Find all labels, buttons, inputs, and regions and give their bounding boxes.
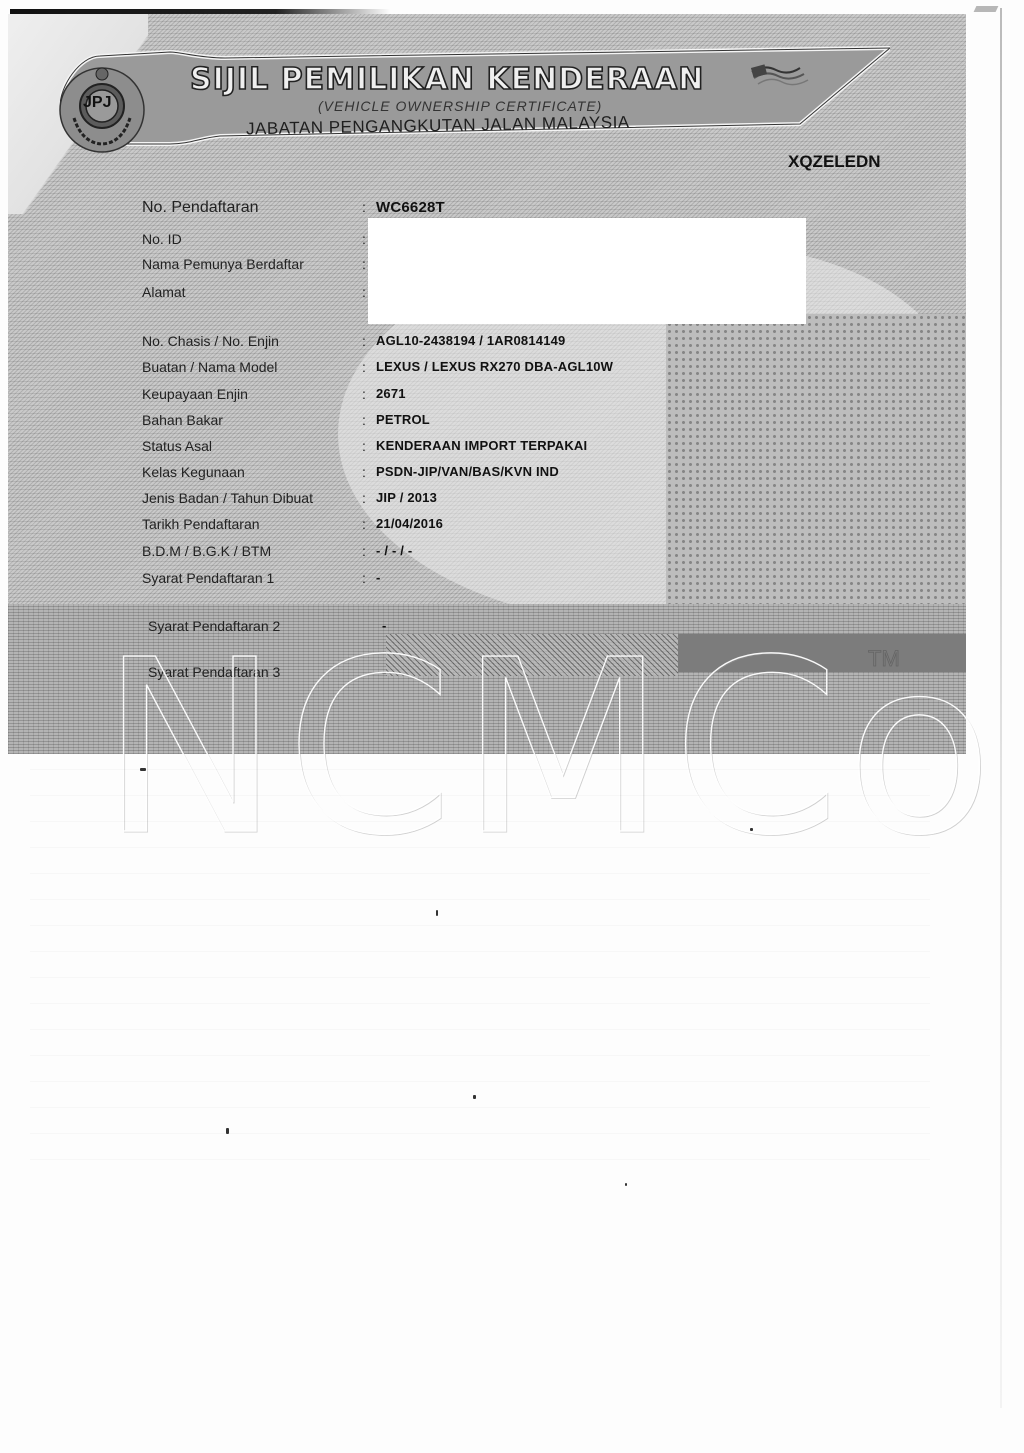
field-value: PETROL xyxy=(376,412,430,427)
field-value: - / - / - xyxy=(376,543,412,558)
field-colon: : xyxy=(362,543,366,559)
emblem-text: JPJ xyxy=(83,94,111,112)
field-condition-1: Syarat Pendaftaran 1 : - xyxy=(0,570,900,594)
field-value: WC6628T xyxy=(376,199,445,216)
scan-speck xyxy=(226,1128,229,1134)
field-colon: : xyxy=(362,438,366,454)
field-label: Jenis Badan / Tahun Dibuat xyxy=(142,490,313,506)
field-label: Kelas Kegunaan xyxy=(142,464,245,480)
serial-code: XQZELEDN xyxy=(788,152,881,172)
scan-right-edge xyxy=(1000,8,1002,1408)
field-value: 2671 xyxy=(376,386,406,401)
certificate-subtitle: (VEHICLE OWNERSHIP CERTIFICATE) xyxy=(318,98,602,114)
scan-speck xyxy=(473,1095,476,1099)
field-body-year: Jenis Badan / Tahun Dibuat : JIP / 2013 xyxy=(0,490,900,514)
redacted-owner-details xyxy=(368,218,806,324)
field-value: - xyxy=(376,570,381,585)
field-label: Nama Pemunya Berdaftar xyxy=(142,256,304,272)
field-origin-status: Status Asal : KENDERAAN IMPORT TERPAKAI xyxy=(0,438,900,462)
field-colon: : xyxy=(362,386,366,402)
field-colon: : xyxy=(362,284,366,300)
field-chassis-engine: No. Chasis / No. Enjin : AGL10-2438194 /… xyxy=(0,333,900,357)
field-value: JIP / 2013 xyxy=(376,490,437,505)
field-label: Buatan / Nama Model xyxy=(142,359,277,375)
field-colon: : xyxy=(362,256,366,272)
field-colon: : xyxy=(362,333,366,349)
scan-corner-mark xyxy=(974,6,999,12)
field-label: Status Asal xyxy=(142,438,212,454)
watermark-trademark: TM xyxy=(868,646,900,672)
field-usage-class: Kelas Kegunaan : PSDN-JIP/VAN/BAS/KVN IN… xyxy=(0,464,900,488)
scan-speck xyxy=(750,828,753,831)
field-colon: : xyxy=(362,412,366,428)
field-registration-date: Tarikh Pendaftaran : 21/04/2016 xyxy=(0,516,900,540)
field-label: No. ID xyxy=(142,231,182,247)
field-colon: : xyxy=(362,490,366,506)
field-colon: : xyxy=(362,359,366,375)
field-colon: : xyxy=(362,570,366,586)
faint-scan-lines xyxy=(30,760,930,1160)
scan-speck xyxy=(436,910,438,916)
field-colon: : xyxy=(362,516,366,532)
field-value: 21/04/2016 xyxy=(376,516,443,531)
field-label: Alamat xyxy=(142,284,186,300)
field-make-model: Buatan / Nama Model : LEXUS / LEXUS RX27… xyxy=(0,359,900,383)
field-value: LEXUS / LEXUS RX270 DBA-AGL10W xyxy=(376,359,613,374)
field-value: KENDERAAN IMPORT TERPAKAI xyxy=(376,438,587,453)
scan-speck xyxy=(140,768,146,771)
field-label: No. Pendaftaran xyxy=(142,199,259,217)
malaysia-flag-icon xyxy=(750,62,810,93)
scan-speck xyxy=(625,1183,627,1186)
field-fuel-type: Bahan Bakar : PETROL xyxy=(0,412,900,436)
field-colon: : xyxy=(362,231,366,247)
field-colon: : xyxy=(362,464,366,480)
field-label: Syarat Pendaftaran 1 xyxy=(142,570,274,586)
field-colon: : xyxy=(362,199,366,215)
field-engine-capacity: Keupayaan Enjin : 2671 xyxy=(0,386,900,410)
field-label: No. Chasis / No. Enjin xyxy=(142,333,279,349)
field-label: B.D.M / B.G.K / BTM xyxy=(142,543,271,559)
field-weights: B.D.M / B.G.K / BTM : - / - / - xyxy=(0,543,900,567)
field-label: Keupayaan Enjin xyxy=(142,386,248,402)
field-value: AGL10-2438194 / 1AR0814149 xyxy=(376,333,566,348)
certificate-title: SIJIL PEMILIKAN KENDERAAN xyxy=(190,62,704,97)
field-value: PSDN-JIP/VAN/BAS/KVN IND xyxy=(376,464,559,479)
field-label: Tarikh Pendaftaran xyxy=(142,516,260,532)
field-label: Bahan Bakar xyxy=(142,412,223,428)
